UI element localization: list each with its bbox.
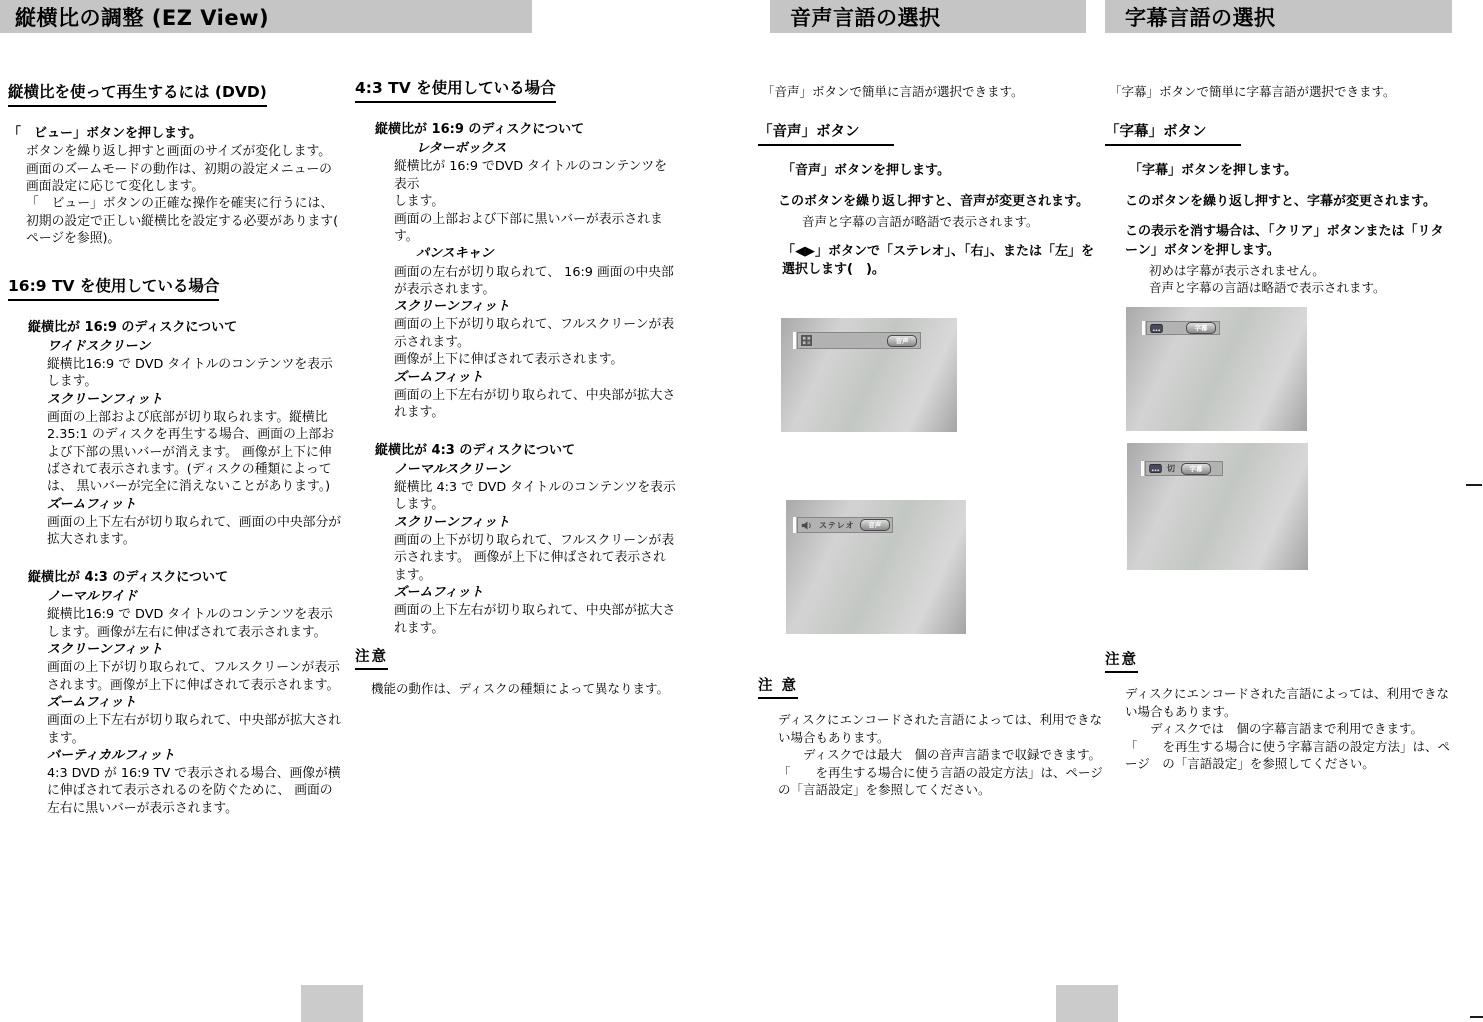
subtitle-step-3: この表示を消す場合は、「クリア」ボタンまたは「リターン」ボタンを押します。	[1125, 223, 1447, 259]
heading-43tv: 4:3 TV を使用している場合	[355, 76, 556, 103]
aspect-option-desc: 画面の上下が切り取られて、フルスクリーンが表示されます。 画像が上下に伸ばされて…	[394, 532, 677, 584]
ezview-column-1: 縦横比を使って再生するには (DVD) 「 ビュー」ボタンを押します。 ボタンを…	[8, 80, 344, 837]
step-paragraph: 画面のズームモードの動作は、初期の設定メニューの画面設定に応じて変化します。	[26, 161, 344, 196]
aspect-option-name: スクリーンフィット	[394, 514, 677, 532]
audio-osd-screenshot-1: 音声	[781, 318, 957, 432]
audio-step-2: このボタンを繰り返し押すと、音声が変更されます。	[778, 193, 1100, 211]
aspect-option: ズームフィット 画面の上下左右が切り取られて、中央部が拡大されます。	[47, 694, 344, 747]
section-title-subtitle: 字幕言語の選択	[1125, 2, 1276, 32]
aspect-option-desc: 画面の上下が切り取られて、フルスクリーンが表示されます。 画像が上下に伸ばされて…	[394, 316, 677, 368]
ezview-step-block: 「 ビュー」ボタンを押します。 ボタンを繰り返し押すと画面のサイズが変化します。…	[8, 125, 344, 248]
note-title: 注 意	[758, 674, 798, 699]
aspect-option: ノーマルワイド 縦横比16:9 で DVD タイトルのコンテンツを表示します。画…	[47, 588, 344, 641]
disc-169-block: 縦横比が 16:9 のディスクについて レターボックス 縦横比が 16:9 でD…	[355, 121, 677, 422]
aspect-option-desc: 4:3 DVD が 16:9 TV で表示される場合、画像が横に伸ばされて表示さ…	[47, 765, 344, 817]
section-header-audio: 音声言語の選択	[770, 0, 1086, 33]
aspect-option-name: パンスキャン	[394, 245, 677, 263]
audio-osd-label: ステレオ	[819, 520, 855, 531]
section-title-audio: 音声言語の選択	[790, 2, 941, 32]
aspect-option-name: ズームフィット	[394, 584, 677, 602]
subtitle-step-3-sub2: 音声と字幕の言語は略語で表示されます。	[1149, 279, 1447, 297]
aspect-option-name: スクリーンフィット	[394, 298, 677, 316]
aspect-option-desc: 縦横比が 16:9 でDVD タイトルのコンテンツを表示 します。 画面の上部お…	[394, 158, 677, 245]
step-paragraph: ボタンを繰り返し押すと画面のサイズが変化します。	[26, 143, 344, 160]
note-line: 「 を再生する場合に使う字幕言語の設定方法」は、ページ の「言語設定」を参照して…	[1125, 738, 1457, 773]
page-number-box-left	[301, 985, 363, 1022]
note-title: 注意	[1105, 648, 1138, 673]
subtitle-step-2: このボタンを繰り返し押すと、字幕が変更されます。	[1125, 193, 1447, 211]
step-paragraph: 「 ビュー」ボタンの正確な操作を確実に行うには、 初期の設定で正しい縦横比を設定…	[26, 195, 344, 247]
aspect-option-name: ズームフィット	[47, 694, 344, 712]
osd-cursor-strip	[793, 332, 796, 349]
aspect-option-name: ワイドスクリーン	[47, 338, 344, 356]
audio-osd-bar: ステレオ 音声	[797, 517, 893, 533]
aspect-option-desc: 縦横比16:9 で DVD タイトルのコンテンツを表示します。	[47, 356, 344, 391]
crop-mark-bottom	[1470, 1016, 1483, 1018]
aspect-option: ワイドスクリーン 縦横比16:9 で DVD タイトルのコンテンツを表示します。	[47, 338, 344, 391]
aspect-option-desc: 画面の上下左右が切り取られて、画面の中央部分が拡大されます。	[47, 514, 344, 549]
subtitle-icon	[1149, 464, 1162, 473]
audio-osd-button: 音声	[860, 519, 890, 531]
note-line: ディスクにエンコードされた言語によっては、利用できない場合もあります。	[1125, 685, 1457, 720]
subtitle-osd-label: 切	[1167, 463, 1176, 474]
audio-button-heading: 「音声」ボタン	[758, 120, 894, 146]
aspect-option: スクリーンフィット 画面の上下が切り取られて、フルスクリーンが表示されます。画像…	[47, 641, 344, 694]
manual-page: 縦横比の調整 (EZ View) 音声言語の選択 字幕言語の選択 縦横比を使って…	[0, 0, 1483, 1022]
aspect-option-name: スクリーンフィット	[47, 391, 344, 409]
osd-cursor-strip	[1141, 461, 1144, 476]
osd-cursor-strip	[793, 517, 796, 533]
disc-title: 縦横比が 4:3 のディスクについて	[28, 569, 344, 587]
aspect-option: スクリーンフィット 画面の上部および底部が切り取られます。縦横比2.35:1 の…	[47, 391, 344, 496]
note-line: ディスクにエンコードされた言語によっては、利用できない場合もあります。	[778, 711, 1108, 746]
aspect-option: レターボックス 縦横比が 16:9 でDVD タイトルのコンテンツを表示 します…	[394, 140, 677, 245]
note-line: 「 を再生する場合に使う言語の設定方法」は、ページ の「言語設定」を参照してくだ…	[778, 764, 1108, 799]
aspect-option-name: ノーマルスクリーン	[394, 461, 677, 479]
aspect-option-desc: 画面の上下が切り取られて、フルスクリーンが表示されます。画像が上下に伸ばされて表…	[47, 659, 344, 694]
aspect-option-name: スクリーンフィット	[47, 641, 344, 659]
step-title: 「 ビュー」ボタンを押します。	[8, 125, 344, 143]
aspect-option-desc: 画面の上下左右が切り取られて、中央部が拡大されます。	[394, 602, 677, 637]
disc-title: 縦横比が 4:3 のディスクについて	[375, 442, 677, 460]
ezview-note: 注意 機能の動作は、ディスクの種類によって異なります。	[355, 645, 677, 698]
aspect-option-desc: 画面の上下左右が切り取られて、中央部が拡大されます。	[394, 387, 677, 422]
aspect-option-desc: 縦横比 4:3 で DVD タイトルのコンテンツを表示します。	[394, 479, 677, 514]
aspect-option: ズームフィット 画面の上下左右が切り取られて、中央部が拡大されます。	[394, 584, 677, 637]
disc-43-block: 縦横比が 4:3 のディスクについて ノーマルスクリーン 縦横比 4:3 で D…	[355, 442, 677, 637]
subtitle-intro: 「字幕」ボタンで簡単に字幕言語が選択できます。	[1109, 82, 1447, 100]
aspect-option-name: ノーマルワイド	[47, 588, 344, 606]
disc-title: 縦横比が 16:9 のディスクについて	[375, 121, 677, 139]
subtitle-column: 「字幕」ボタンで簡単に字幕言語が選択できます。 「字幕」ボタン 「字幕」ボタンを…	[1105, 82, 1447, 297]
aspect-option-name: レターボックス	[394, 140, 677, 158]
audio-step-3: 「◀▶」ボタンで「ステレオ」、「右」、または「左」を選択します( )。	[782, 243, 1100, 279]
audio-osd-button: 音声	[887, 335, 917, 347]
aspect-option-desc: 画面の上部および底部が切り取られます。縦横比2.35:1 のディスクを再生する場…	[47, 409, 344, 496]
audio-osd-bar: 音声	[797, 332, 921, 349]
subtitle-osd-button: 字幕	[1181, 463, 1211, 475]
subtitle-note: 注意 ディスクにエンコードされた言語によっては、利用できない場合もあります。 デ…	[1105, 648, 1457, 773]
section-title-ezview: 縦横比の調整 (EZ View)	[15, 2, 269, 32]
audio-column: 「音声」ボタンで簡単に言語が選択できます。 「音声」ボタン 「音声」ボタンを押し…	[758, 82, 1100, 292]
aspect-option: パンスキャン 画面の左右が切り取られて、 16:9 画面の中央部が表示されます。	[394, 245, 677, 298]
aspect-option-desc: 縦横比16:9 で DVD タイトルのコンテンツを表示します。画像が左右に伸ばさ…	[47, 606, 344, 641]
note-line: ディスクでは 個の字幕言語まで利用できます。	[1125, 720, 1457, 738]
aspect-option-desc: 画面の左右が切り取られて、 16:9 画面の中央部が表示されます。	[394, 264, 677, 299]
subtitle-icon	[1150, 324, 1163, 333]
ezview-column-2: 4:3 TV を使用している場合 縦横比が 16:9 のディスクについて レター…	[355, 76, 677, 657]
audio-track-icon	[801, 335, 812, 346]
aspect-option: ノーマルスクリーン 縦横比 4:3 で DVD タイトルのコンテンツを表示します…	[394, 461, 677, 514]
speaker-icon	[801, 520, 814, 531]
heading-169tv: 16:9 TV を使用している場合	[8, 274, 219, 301]
aspect-option: スクリーンフィット 画面の上下が切り取られて、フルスクリーンが表示されます。 画…	[394, 514, 677, 584]
aspect-option-name: ズームフィット	[47, 496, 344, 514]
section-header-subtitle: 字幕言語の選択	[1105, 0, 1452, 33]
subtitle-step-1: 「字幕」ボタンを押します。	[1129, 162, 1447, 180]
subtitle-osd-screenshot-1: 字幕	[1126, 307, 1307, 431]
disc-43-block: 縦横比が 4:3 のディスクについて ノーマルワイド 縦横比16:9 で DVD…	[8, 569, 344, 817]
aspect-option: ズームフィット 画面の上下左右が切り取られて、中央部が拡大されます。	[394, 369, 677, 422]
disc-title: 縦横比が 16:9 のディスクについて	[28, 319, 344, 337]
subtitle-osd-bar: 切 字幕	[1145, 461, 1223, 476]
note-title: 注意	[355, 645, 388, 670]
audio-step-1: 「音声」ボタンを押します。	[782, 162, 1100, 180]
audio-step-2-sub: 音声と字幕の言語が略語で表示されます。	[802, 213, 1100, 231]
disc-169-block: 縦横比が 16:9 のディスクについて ワイドスクリーン 縦横比16:9 で D…	[8, 319, 344, 549]
crop-mark-right	[1466, 484, 1482, 486]
subtitle-osd-button: 字幕	[1186, 322, 1216, 334]
aspect-option: スクリーンフィット 画面の上下が切り取られて、フルスクリーンが表示されます。 画…	[394, 298, 677, 368]
aspect-option-name: ズームフィット	[394, 369, 677, 387]
subtitle-button-heading: 「字幕」ボタン	[1105, 120, 1241, 146]
audio-osd-screenshot-2: ステレオ 音声	[786, 500, 966, 634]
section-header-ezview: 縦横比の調整 (EZ View)	[0, 0, 532, 33]
page-number-box-right	[1056, 985, 1118, 1022]
heading-play-with-aspect: 縦横比を使って再生するには (DVD)	[8, 80, 267, 107]
subtitle-osd-bar: 字幕	[1146, 321, 1220, 335]
note-body: 機能の動作は、ディスクの種類によって異なります。	[371, 680, 677, 698]
audio-intro: 「音声」ボタンで簡単に言語が選択できます。	[762, 82, 1100, 100]
osd-cursor-strip	[1142, 321, 1145, 335]
audio-note: 注 意 ディスクにエンコードされた言語によっては、利用できない場合もあります。 …	[758, 674, 1108, 799]
aspect-option-desc: 画面の上下左右が切り取られて、中央部が拡大されます。	[47, 712, 344, 747]
aspect-option-name: バーティカルフィット	[47, 747, 344, 765]
aspect-option: ズームフィット 画面の上下左右が切り取られて、画面の中央部分が拡大されます。	[47, 496, 344, 549]
subtitle-step-3-sub1: 初めは字幕が表示されません。	[1149, 262, 1447, 280]
note-line: ディスクでは最大 個の音声言語まで収録できます。	[778, 746, 1108, 764]
aspect-option: バーティカルフィット 4:3 DVD が 16:9 TV で表示される場合、画像…	[47, 747, 344, 817]
subtitle-osd-screenshot-2: 切 字幕	[1127, 443, 1308, 570]
